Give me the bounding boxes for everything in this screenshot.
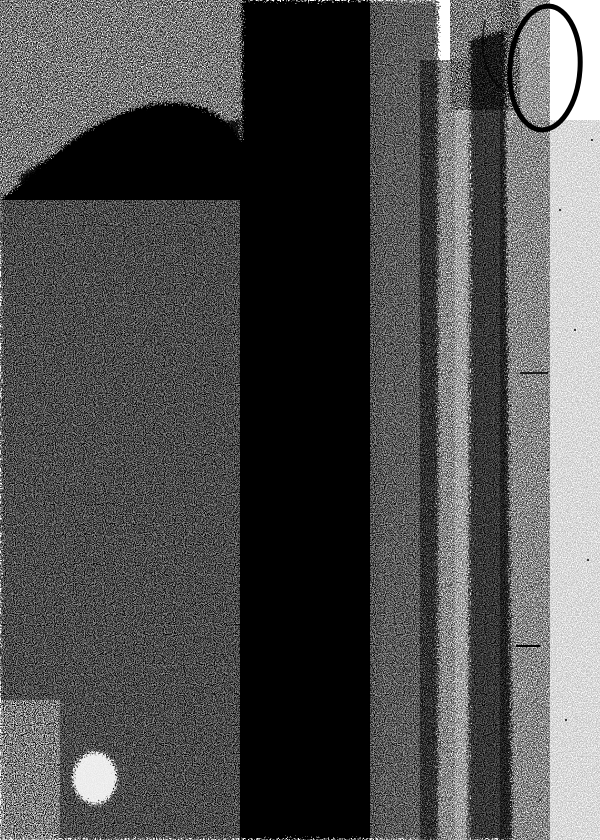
central-black-band <box>242 0 380 840</box>
scan-canvas <box>0 0 600 840</box>
right-margin-grain <box>510 120 600 840</box>
lower-left-grain <box>0 700 60 840</box>
lower-left-light-spot <box>73 752 117 804</box>
scanned-photocopy-image: Heavily degraded high-contrast black-and… <box>0 0 600 840</box>
